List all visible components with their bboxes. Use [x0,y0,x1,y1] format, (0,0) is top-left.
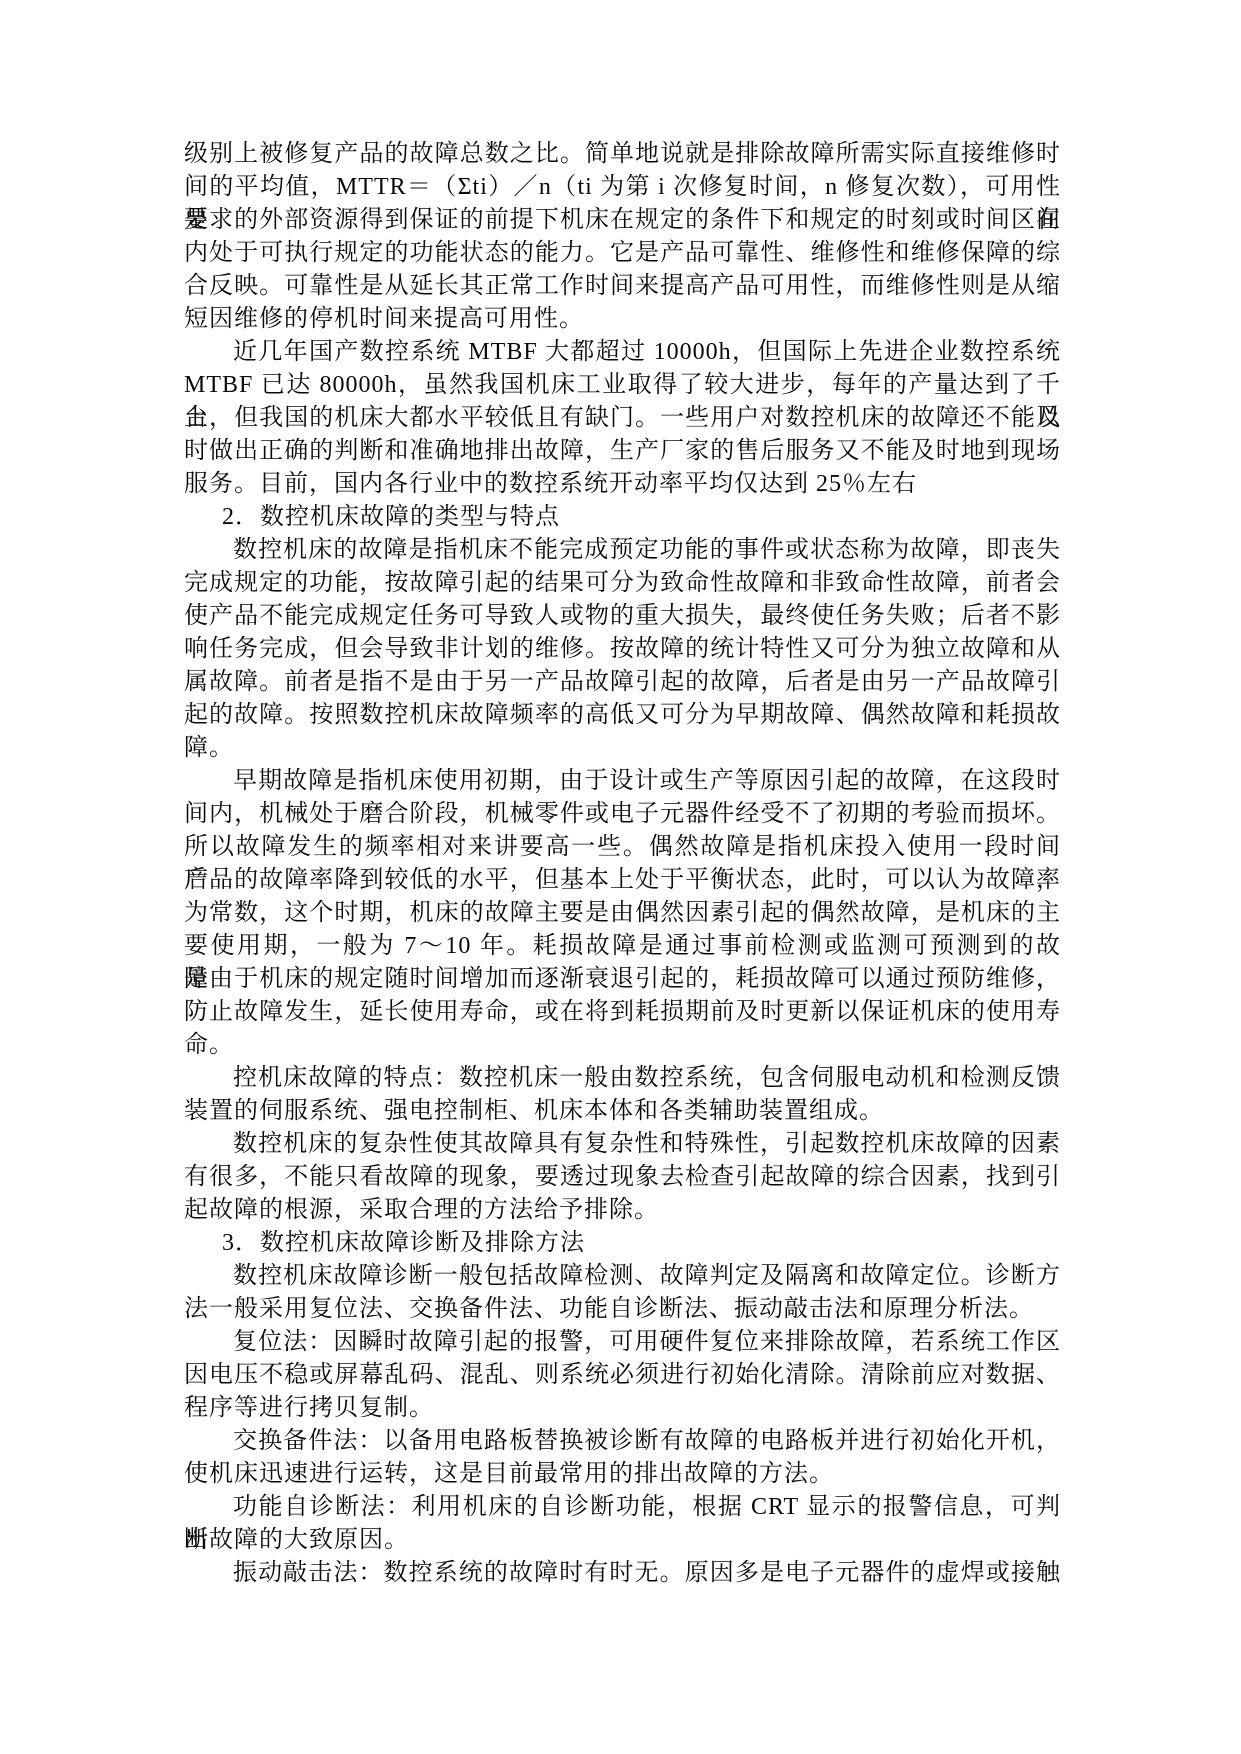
text-line: 近几年国产数控系统 MTBF 大都超过 10000h，但国际上先进企业数控系统 [184,336,1061,369]
text-line: 短因维修的停机时间来提高可用性。 [184,303,1061,336]
document-page: 级别上被修复产品的故障总数之比。简单地说就是排除故障所需实际直接维修时间的平均值… [0,0,1241,1754]
text-line: 有很多，不能只看故障的现象，要透过现象去检查引起故障的综合因素，找到引 [184,1161,1061,1194]
section-heading-line: 3．数控机床故障诊断及排除方法 [184,1227,1061,1260]
text-line: 数控机床故障诊断一般包括故障检测、故障判定及隔离和故障定位。诊断方 [184,1260,1061,1293]
text-line: 命。 [184,1029,1061,1062]
text-line: 内处于可执行规定的功能状态的能力。它是产品可靠性、维修性和维修保障的综 [184,237,1061,270]
text-line: 时做出正确的判断和准确地排出故障，生产厂家的售后服务又不能及时地到现场 [184,435,1061,468]
text-line: 完成规定的功能，按故障引起的结果可分为致命性故障和非致命性故障，前者会 [184,567,1061,600]
text-line: 数控机床的复杂性使其故障具有复杂性和特殊性，引起数控机床故障的因素 [184,1128,1061,1161]
text-line: 要使用期，一般为 7～10 年。耗损故障是通过事前检测或监测可预测到的故障， [184,930,1061,963]
text-line: 上，但我国的机床大都水平较低且有缺门。一些用户对数控机床的故障还不能及 [184,402,1061,435]
text-line: 防止故障发生，延长使用寿命，或在将到耗损期前及时更新以保证机床的使用寿 [184,996,1061,1029]
text-line: 间的平均值，MTTR＝（Σti）／n（ti 为第 i 次修复时间，n 修复次数）… [184,171,1061,204]
document-body: 级别上被修复产品的故障总数之比。简单地说就是排除故障所需实际直接维修时间的平均值… [184,138,1061,1590]
text-line: 所以故障发生的频率相对来讲要高一些。偶然故障是指机床投入使用一段时间后， [184,831,1061,864]
text-line: 服务。目前，国内各行业中的数控系统开动率平均仅达到 25％左右 [184,468,1061,501]
text-line: 数控机床的故障是指机床不能完成预定功能的事件或状态称为故障，即丧失 [184,534,1061,567]
text-line: 复位法：因瞬时故障引起的报警，可用硬件复位来排除故障，若系统工作区 [184,1326,1061,1359]
text-line: 产品的故障率降到较低的水平，但基本上处于平衡状态，此时，可以认为故障率 [184,864,1061,897]
text-line: 交换备件法：以备用电路板替换被诊断有故障的电路板并进行初始化开机， [184,1425,1061,1458]
text-line: 振动敲击法：数控系统的故障时有时无。原因多是电子元器件的虚焊或接触 [184,1557,1061,1590]
text-line: 间内，机械处于磨合阶段，机械零件或电子元器件经受不了初期的考验而损坏。 [184,798,1061,831]
text-line: MTBF 已达 80000h，虽然我国机床工业取得了较大进步，每年的产量达到了千… [184,369,1061,402]
text-line: 起故障的根源，采取合理的方法给予排除。 [184,1194,1061,1227]
text-line: 是由于机床的规定随时间增加而逐渐衰退引起的，耗损故障可以通过预防维修， [184,963,1061,996]
text-line: 法一般采用复位法、交换备件法、功能自诊断法、振动敲击法和原理分析法。 [184,1293,1061,1326]
text-line: 级别上被修复产品的故障总数之比。简单地说就是排除故障所需实际直接维修时 [184,138,1061,171]
text-line: 起的故障。按照数控机床故障频率的高低又可分为早期故障、偶然故障和耗损故 [184,699,1061,732]
text-line: 程序等进行拷贝复制。 [184,1392,1061,1425]
text-line: 合反映。可靠性是从延长其正常工作时间来提高产品可用性，而维修性则是从缩 [184,270,1061,303]
text-line: 使产品不能完成规定任务可导致人或物的重大损失，最终使任务失败；后者不影 [184,600,1061,633]
text-line: 使机床迅速进行运转，这是目前最常用的排出故障的方法。 [184,1458,1061,1491]
text-line: 属故障。前者是指不是由于另一产品故障引起的故障，后者是由另一产品故障引 [184,666,1061,699]
text-line: 为常数，这个时期，机床的故障主要是由偶然因素引起的偶然故障，是机床的主 [184,897,1061,930]
text-line: 因电压不稳或屏幕乱码、混乱、则系统必须进行初始化清除。清除前应对数据、 [184,1359,1061,1392]
section-heading-line: 2．数控机床故障的类型与特点 [184,501,1061,534]
text-line: 控机床故障的特点：数控机床一般由数控系统，包含伺服电动机和检测反馈 [184,1062,1061,1095]
text-line: 要求的外部资源得到保证的前提下机床在规定的条件下和规定的时刻或时间区间 [184,204,1061,237]
text-line: 早期故障是指机床使用初期，由于设计或生产等原因引起的故障，在这段时 [184,765,1061,798]
text-line: 功能自诊断法：利用机床的自诊断功能，根据 CRT 显示的报警信息，可判断 [184,1491,1061,1524]
text-line: 出故障的大致原因。 [184,1524,1061,1557]
text-line: 装置的伺服系统、强电控制柜、机床本体和各类辅助装置组成。 [184,1095,1061,1128]
text-line: 响任务完成，但会导致非计划的维修。按故障的统计特性又可分为独立故障和从 [184,633,1061,666]
text-line: 障。 [184,732,1061,765]
